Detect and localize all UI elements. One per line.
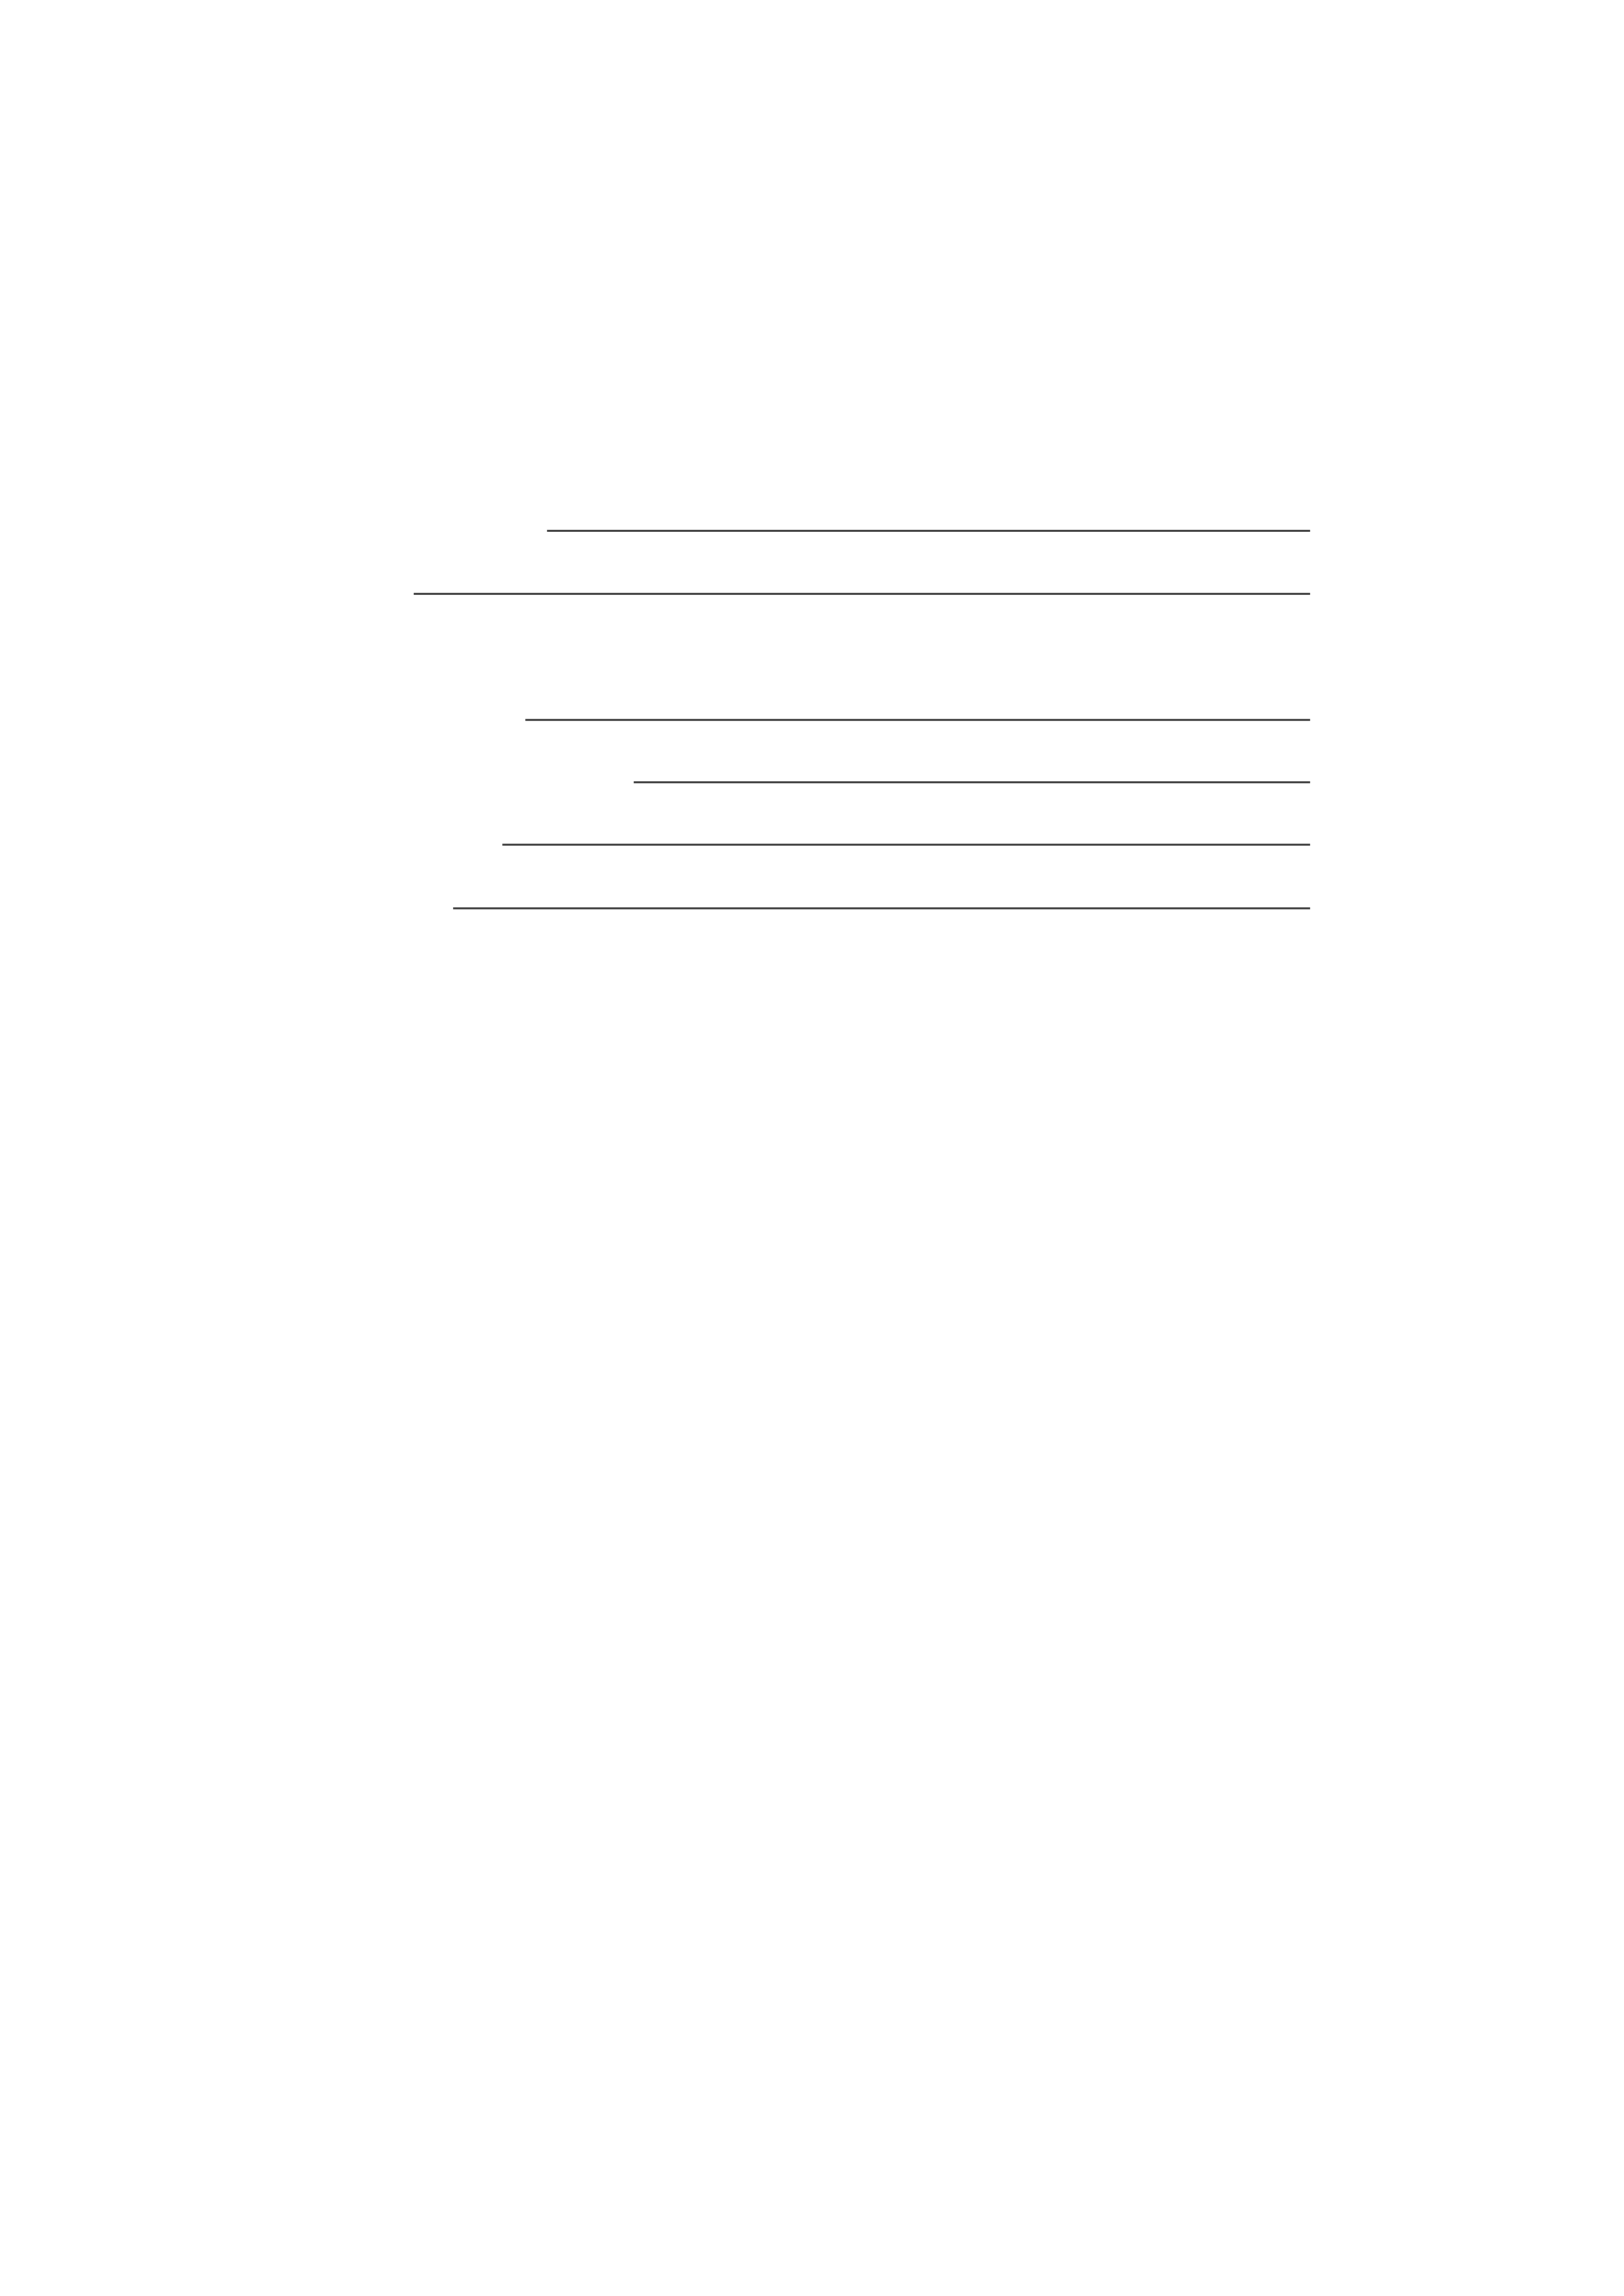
legal-rep-underline bbox=[634, 781, 1310, 783]
party-b-underline bbox=[525, 719, 1310, 721]
id-underline bbox=[502, 844, 1310, 846]
phone-underline bbox=[453, 907, 1310, 909]
party-a-underline bbox=[547, 530, 1310, 532]
party-a-responsible-underline bbox=[414, 593, 1310, 595]
